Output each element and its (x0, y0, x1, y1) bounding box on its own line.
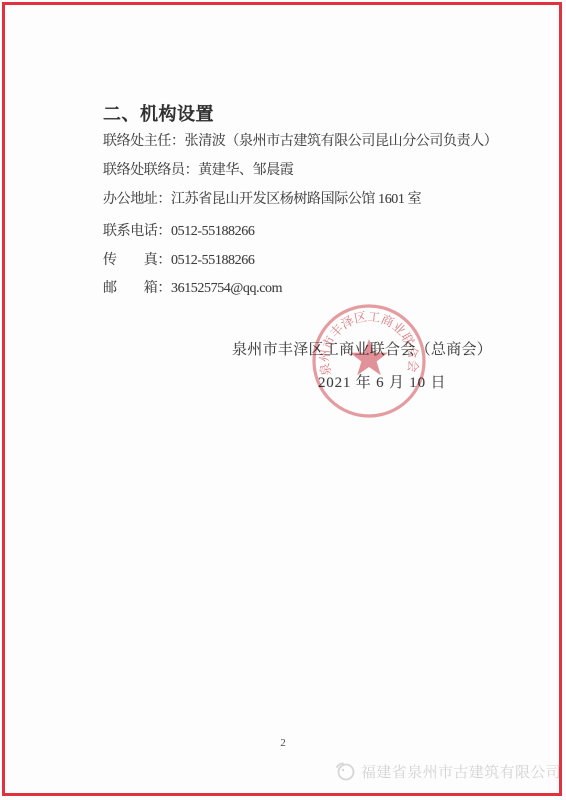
email-line: 邮 箱：361525754@qq.com (103, 277, 282, 297)
red-border-frame (2, 2, 562, 796)
section-heading: 二、机构设置 (103, 100, 214, 126)
company-logo-icon (334, 760, 356, 782)
liaison-director-line: 联络处主任：张清波（泉州市古建筑有限公司昆山分公司负责人） (103, 130, 497, 150)
scanned-document-page: 二、机构设置 联络处主任：张清波（泉州市古建筑有限公司昆山分公司负责人） 联络处… (0, 0, 566, 800)
watermark-text: 福建省泉州市古建筑有限公司 (361, 761, 561, 782)
office-address-line: 办公地址：江苏省昆山开发区杨树路国际公馆 1601 室 (103, 188, 421, 208)
phone-line: 联系电话：0512-55188266 (103, 220, 254, 240)
official-seal-stamp: 泉州市丰泽区工商业联合会 (309, 301, 429, 421)
footer-watermark: 福建省泉州市古建筑有限公司 (334, 760, 561, 782)
fax-line: 传 真：0512-55188266 (103, 249, 254, 269)
page-number: 2 (0, 737, 566, 749)
star-icon (350, 339, 388, 375)
liaison-staff-line: 联络处联络员：黄建华、邹晨霞 (103, 159, 293, 179)
